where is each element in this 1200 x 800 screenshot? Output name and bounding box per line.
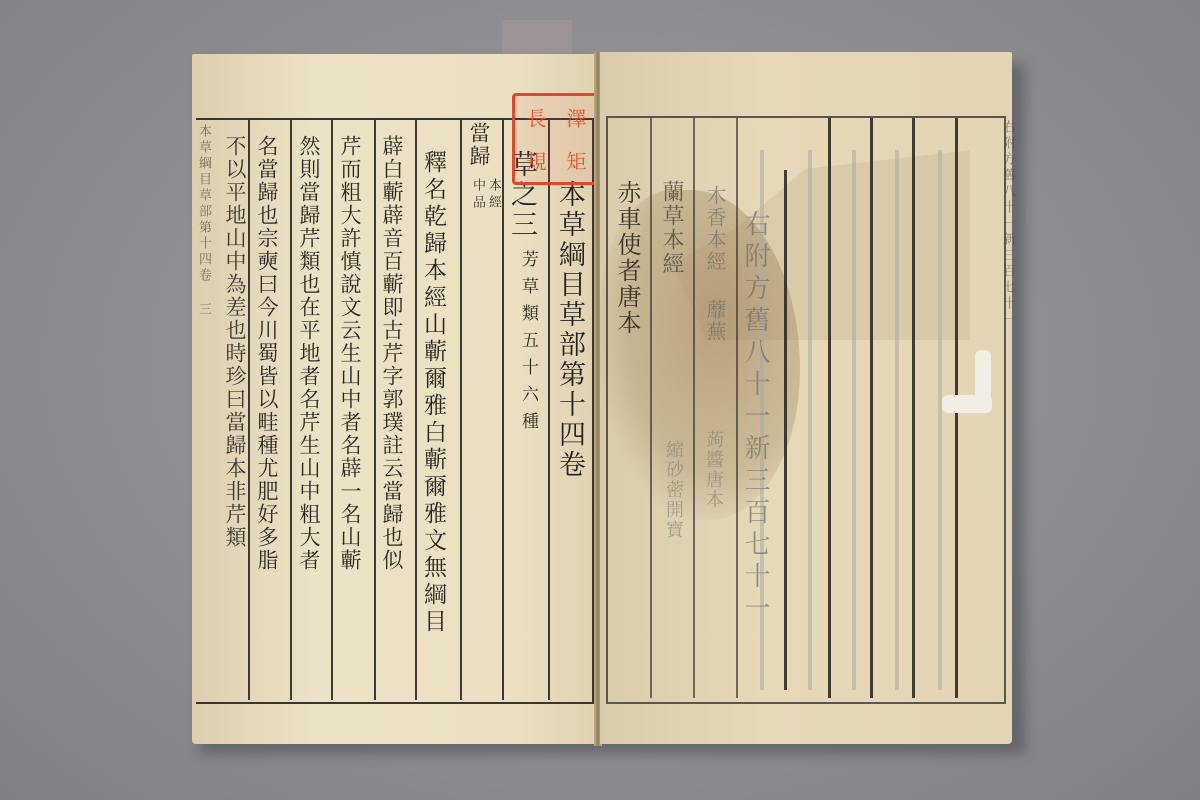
seal-char: 長	[515, 96, 555, 139]
column-rule	[828, 118, 831, 698]
show-through-rule	[852, 150, 856, 690]
column-rule	[650, 118, 652, 698]
text-column-1: 釋名乾歸本經山蘄爾雅白蘄爾雅文無綱目	[420, 150, 446, 636]
column-rule	[290, 120, 292, 700]
column-rule	[415, 120, 417, 700]
column-rule	[548, 120, 550, 700]
seal-char: 規	[515, 139, 555, 182]
show-through-rule	[808, 150, 812, 690]
faded-column: 縮砂蔤開寶	[660, 440, 686, 540]
column-rule	[736, 118, 738, 698]
column-rule	[693, 118, 695, 698]
paper-tear	[975, 350, 991, 410]
category-column: 芳草類五十六種	[515, 250, 541, 439]
text-column-5: 名當歸也宗奭曰今川蜀皆以畦種尤肥好多脂	[254, 135, 280, 572]
seal-char: 澤	[555, 96, 595, 139]
text-column-6: 不以平地山中為差也時珍曰當歸本非芹類	[222, 135, 248, 549]
column-rule	[248, 120, 250, 700]
right-text-column-2: 蘭草本經	[658, 180, 684, 276]
show-through-rule	[895, 150, 899, 690]
color-reference-swatch	[502, 20, 572, 54]
title-column: 本草綱目草部第十四卷	[556, 180, 582, 480]
column-rule	[460, 120, 462, 700]
column-rule	[331, 120, 333, 700]
text-column-4: 然則當歸芹類也在平地者名芹生山中粗大者	[296, 135, 322, 572]
show-through-rule	[938, 150, 942, 690]
right-edge-text: 右附方舊八十一新三百七十一	[998, 120, 1017, 328]
entry-heading: 當歸	[466, 122, 492, 168]
column-rule	[374, 120, 376, 700]
column-rule	[784, 170, 787, 690]
text-column-2: 薜白蘄薜音百蘄即古芹字郭璞註云當歸也似	[379, 135, 405, 572]
column-rule	[912, 118, 915, 698]
seal-char: 矩	[555, 139, 595, 182]
faded-column: 蒟醬唐本	[700, 430, 726, 510]
right-text-column-3: 木香本經 蘼蕪	[702, 185, 728, 343]
right-text-column-1: 赤車使者唐本	[614, 180, 640, 336]
entry-heading-note2: 中品	[464, 178, 490, 212]
column-rule	[870, 118, 873, 698]
collector-seal: 長 澤 規 矩	[512, 93, 598, 185]
text-column-3: 芹而粗大許慎說文云生山中者名薜一名山蘄	[337, 135, 363, 572]
edge-column-text: 本草綱目草部第十四卷 三	[194, 124, 213, 318]
right-text-column-4: 右附方舊八十一新三百七十一	[742, 210, 768, 626]
